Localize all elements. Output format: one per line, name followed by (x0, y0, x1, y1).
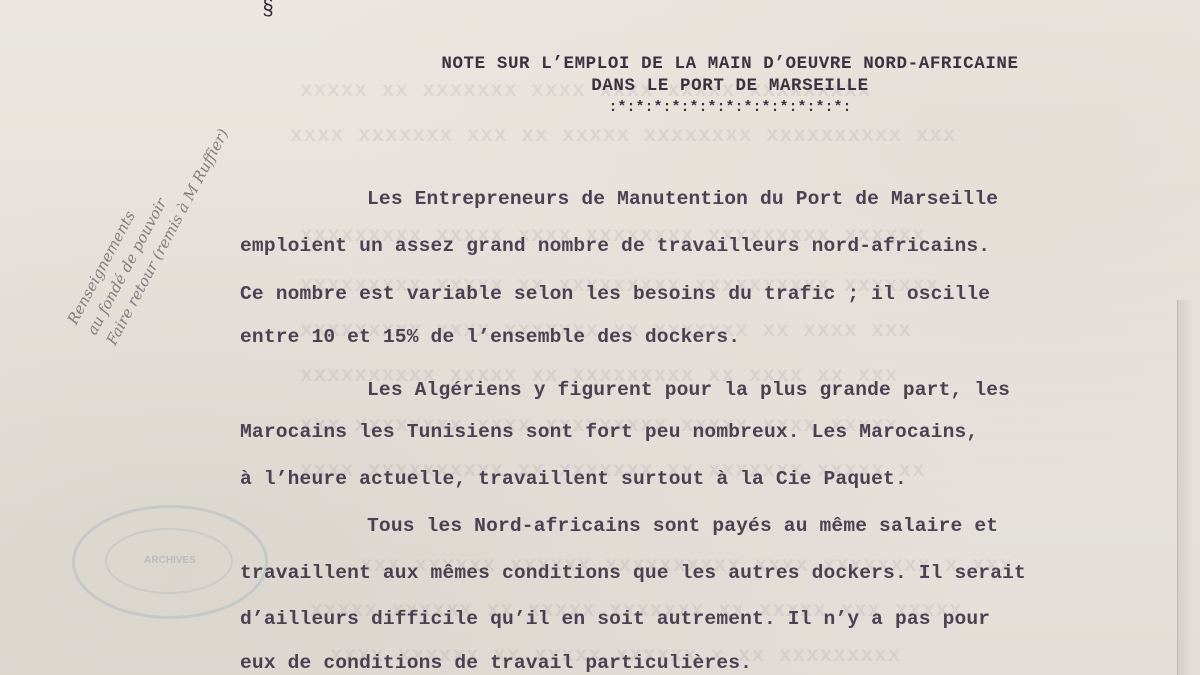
paragraph-1-line-4: entre 10 et 15% de l’ensemble des docker… (240, 326, 740, 348)
document-title-line-1: NOTE SUR L’EMPLOI DE LA MAIN D’OEUVRE NO… (340, 53, 1120, 75)
paragraph-3-line-1: Tous les Nord-africains sont payés au mê… (367, 515, 998, 537)
paragraph-1-line-1: Les Entrepreneurs de Manutention du Port… (367, 188, 998, 210)
title-divider: :*:*:*:*:*:*:*:*:*:*:*:*:*: (340, 97, 1120, 119)
paragraph-3-line-4: eux de conditions de travail particulièr… (240, 652, 752, 674)
paragraph-3-line-2: travaillent aux mêmes conditions que les… (240, 562, 1026, 584)
paragraph-2-line-1: Les Algériens y figurent pour la plus gr… (367, 379, 1010, 401)
archive-stamp-text: ARCHIVES (75, 555, 265, 566)
ornament-glyph: § (262, 0, 274, 21)
paragraph-2-line-2: Marocains les Tunisiens sont fort peu no… (240, 421, 978, 443)
document-title-line-2: DANS LE PORT DE MARSEILLE (340, 75, 1120, 97)
page-edge (1177, 300, 1192, 675)
archive-stamp: ARCHIVES (72, 505, 268, 619)
bleed-through-texture: xxxx xxxxxxx xxx xx xxxxx xxxxxxxx xxxxx… (290, 125, 957, 148)
paragraph-2-line-3: à l’heure actuelle, travaillent surtout … (240, 468, 907, 490)
paragraph-1-line-2: emploient un assez grand nombre de trava… (240, 235, 990, 257)
paragraph-1-line-3: Ce nombre est variable selon les besoins… (240, 283, 990, 305)
paragraph-3-line-3: d’ailleurs difficile qu’il en soit autre… (240, 608, 990, 630)
